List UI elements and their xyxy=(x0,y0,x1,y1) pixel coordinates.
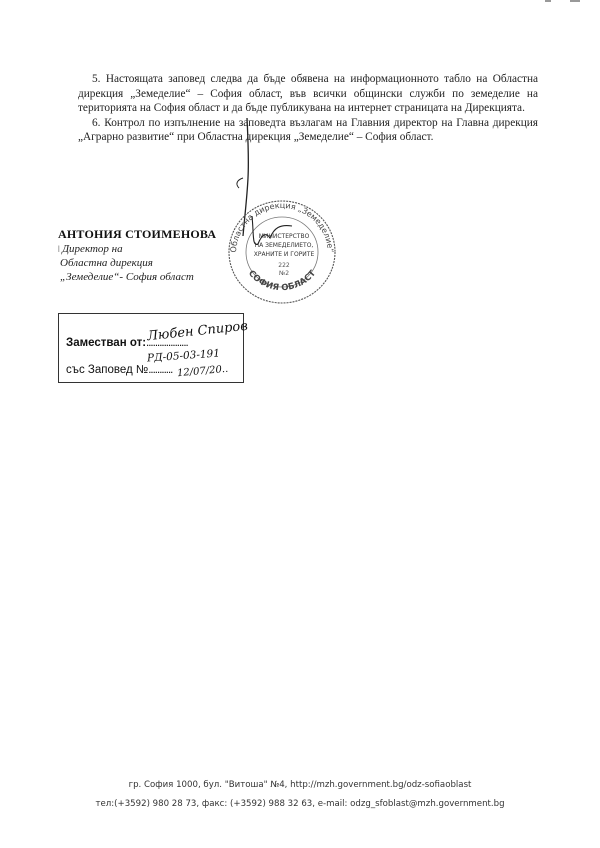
replacement-stamp-box: Заместван от:................... Любен С… xyxy=(58,313,244,383)
clause-5: 5. Настоящата заповед следва да бъде обя… xyxy=(78,72,538,116)
scan-mark xyxy=(545,0,551,2)
order-label: със Заповед № xyxy=(66,364,148,376)
order-clauses: 5. Настоящата заповед следва да бъде обя… xyxy=(78,72,538,145)
role-line-2: Областна дирекция xyxy=(58,256,194,270)
svg-text:НА ЗЕМЕДЕЛИЕТО,: НА ЗЕМЕДЕЛИЕТО, xyxy=(255,242,314,249)
order-number-handwriting: РД-05-03-191 xyxy=(147,347,221,364)
role-line-3: „Земеделие“- София област xyxy=(58,270,194,284)
svg-text:№2: №2 xyxy=(279,270,289,277)
svg-text:МИНИСТЕРСТВО: МИНИСТЕРСТВО xyxy=(259,233,310,240)
signatory-name: АНТОНИЯ СТОИМЕНОВА xyxy=(58,227,216,242)
svg-text:ХРАНИТЕ И ГОРИТЕ: ХРАНИТЕ И ГОРИТЕ xyxy=(254,251,315,258)
official-stamp: Областна дирекция „Земеделие“ СОФИЯ ОБЛА… xyxy=(222,196,342,306)
clause-6: 6. Контрол по изпълнение на заповедта въ… xyxy=(78,116,538,145)
svg-text:222: 222 xyxy=(278,262,290,269)
scan-mark xyxy=(570,0,580,2)
order-date-handwriting: 12/07/20.. xyxy=(177,364,229,379)
document-page: 5. Настоящата заповед следва да бъде обя… xyxy=(0,0,600,848)
signatory-role: ǀ Директор на Областна дирекция „Земедел… xyxy=(58,242,194,284)
footer-contacts: тел:(+3592) 980 28 73, факс: (+3592) 988… xyxy=(0,799,600,809)
order-row: със Заповед №........... xyxy=(66,364,172,376)
replaced-by-label: Заместван от: xyxy=(66,337,146,349)
role-line-1: ǀ Директор на xyxy=(58,242,194,256)
footer-address: гр. София 1000, бул. "Витоша" №4, http:/… xyxy=(0,780,600,790)
replaced-by-handwriting: Любен Спиров xyxy=(146,319,248,344)
